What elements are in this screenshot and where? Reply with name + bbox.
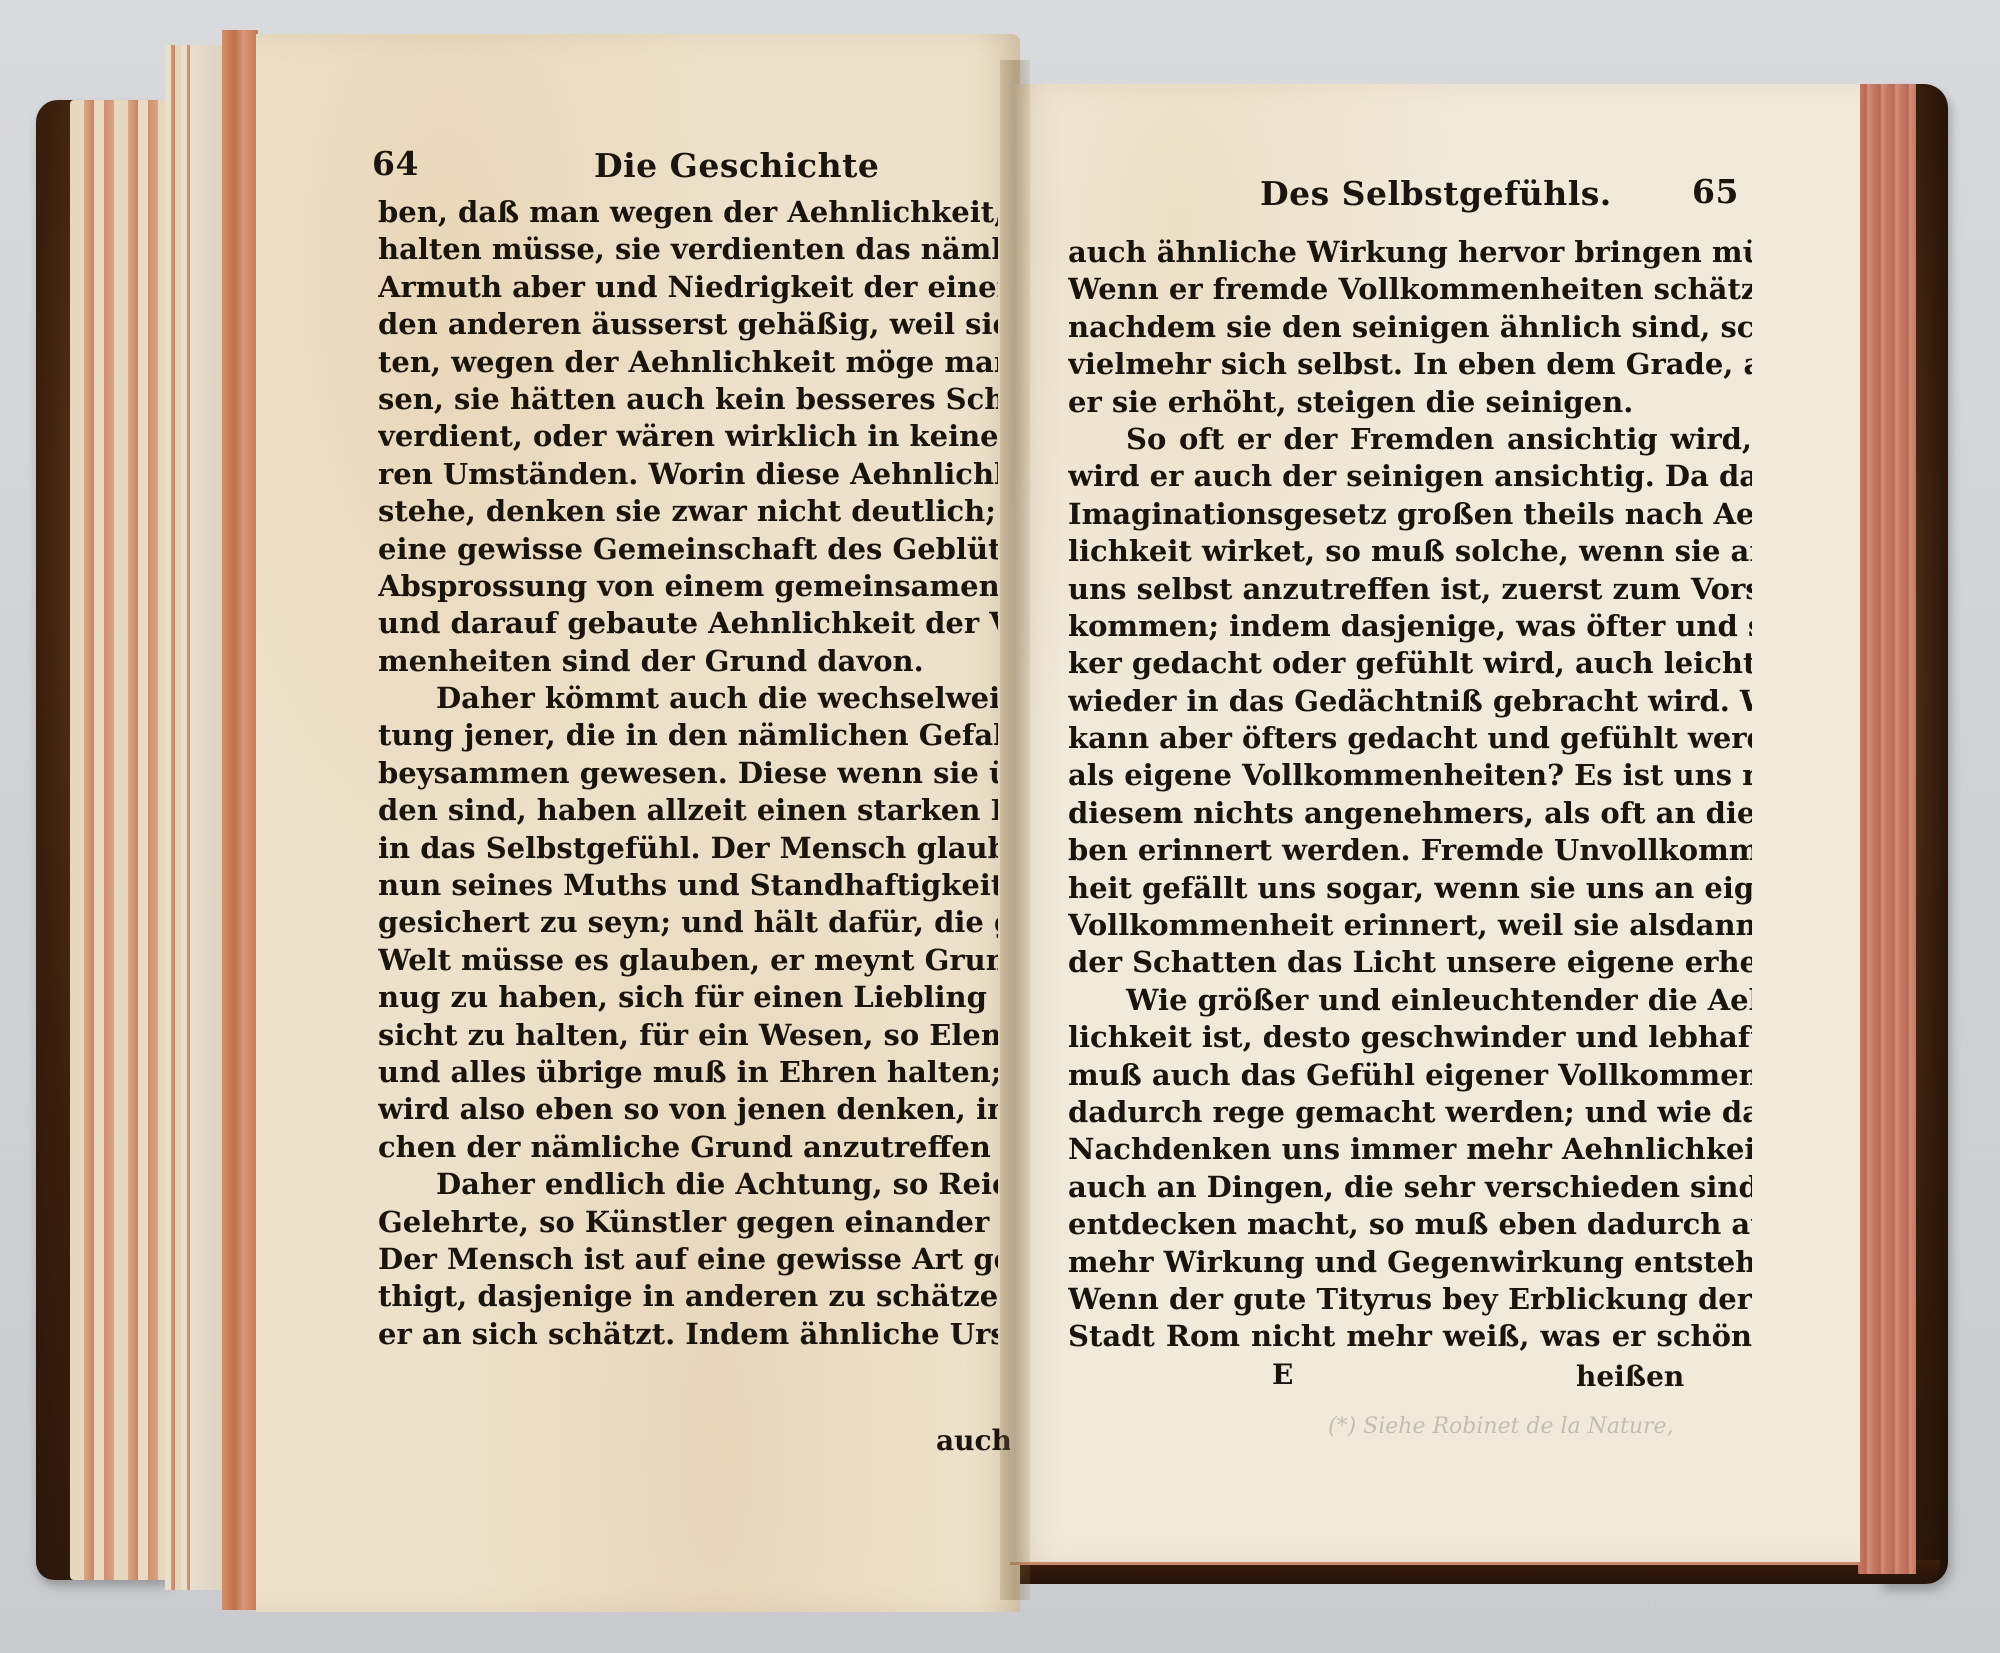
text-line: den sind, haben allzeit einen starken Ei…	[378, 792, 998, 829]
left-running-head: Die Geschichte	[594, 146, 879, 185]
text-line: und darauf gebaute Aehnlichkeit der Voll…	[378, 605, 998, 642]
text-line: tung jener, die in den nämlichen Gefahre…	[378, 717, 998, 754]
text-line: der Schatten das Licht unsere eigene erh…	[1068, 944, 1752, 981]
text-line: Daher endlich die Achtung, so Reiche, so	[378, 1166, 998, 1203]
text-line: Welt müsse es glauben, er meynt Grund ge…	[378, 942, 998, 979]
red-sprinkled-edge-left	[222, 30, 258, 1610]
text-line: ten, wegen der Aehnlichkeit möge man sch…	[378, 344, 998, 381]
text-line: er sie erhöht, steigen die seinigen.	[1068, 384, 1752, 421]
text-line: ben, daß man wegen der Aehnlichkeit, daf…	[378, 194, 998, 231]
text-line: halten müsse, sie verdienten das nämlich…	[378, 231, 998, 268]
text-line: Vollkommenheit erinnert, weil sie alsdan…	[1068, 907, 1752, 944]
text-line: Wenn der gute Tityrus bey Erblickung der	[1068, 1281, 1752, 1318]
text-line: Wie größer und einleuchtender die Aehn-	[1068, 982, 1752, 1019]
text-line: in das Selbstgefühl. Der Mensch glaubt	[378, 830, 998, 867]
red-sprinkled-edge-right	[1858, 84, 1916, 1574]
text-line: wieder in das Gedächtniß gebracht wird. …	[1068, 683, 1752, 720]
text-line: den anderen äusserst gehäßig, weil sie f…	[378, 306, 998, 343]
text-line: heit gefällt uns sogar, wenn sie uns an …	[1068, 870, 1752, 907]
right-page-number: 65	[1692, 172, 1739, 211]
text-line: kommen; indem dasjenige, was öfter und s…	[1068, 608, 1752, 645]
left-page-number: 64	[372, 144, 419, 183]
text-line: menheiten sind der Grund davon.	[378, 643, 998, 680]
text-line: diesem nichts angenehmers, als oft an di…	[1068, 795, 1752, 832]
text-line: und alles übrige muß in Ehren halten; er	[378, 1054, 998, 1091]
show-through-footnote: (*) Siehe Robinet de la Nature,	[1328, 1414, 1674, 1439]
book-gutter	[1000, 60, 1030, 1600]
text-line: thigt, dasjenige in anderen zu schätzen,…	[378, 1278, 998, 1315]
text-line: vielmehr sich selbst. In eben dem Grade,…	[1068, 346, 1752, 383]
text-line: lichkeit ist, desto geschwinder und lebh…	[1068, 1019, 1752, 1056]
text-line: ben erinnert werden. Fremde Unvollkommen…	[1068, 832, 1752, 869]
right-page-body: auch ähnliche Wirkung hervor bringen müs…	[1068, 234, 1752, 1356]
book-photo: 64 Die Geschichte ben, daß man wegen der…	[0, 0, 2000, 1653]
text-line: Gelehrte, so Künstler gegen einander hab…	[378, 1204, 998, 1241]
text-line: nug zu haben, sich für einen Liebling de…	[378, 979, 998, 1016]
text-line: eine gewisse Gemeinschaft des Geblüts, u…	[378, 531, 998, 568]
left-page: 64 Die Geschichte ben, daß man wegen der…	[256, 34, 1020, 1612]
text-line: chen der nämliche Grund anzutreffen ist.	[378, 1129, 998, 1166]
text-line: Wenn er fremde Vollkommenheiten schätzt,	[1068, 271, 1752, 308]
text-line: Daher kömmt auch die wechselweiße Ach-	[378, 680, 998, 717]
text-line: verdient, oder wären wirklich in keinen …	[378, 418, 998, 455]
text-line: nachdem sie den seinigen ähnlich sind, s…	[1068, 309, 1752, 346]
text-line: Armuth aber und Niedrigkeit der einen is…	[378, 269, 998, 306]
text-line: ren Umständen. Worin diese Aehnlichkeit …	[378, 456, 998, 493]
text-line: sicht zu halten, für ein Wesen, so Eleme…	[378, 1017, 998, 1054]
text-line: wird also eben so von jenen denken, in w…	[378, 1091, 998, 1128]
text-line: als eigene Vollkommenheiten? Es ist uns …	[1068, 757, 1752, 794]
text-line: Imaginationsgesetz großen theils nach Ae…	[1068, 496, 1752, 533]
text-line: nun seines Muths und Standhaftigkeit gen…	[378, 867, 998, 904]
text-line: Stadt Rom nicht mehr weiß, was er schön	[1068, 1318, 1752, 1355]
text-line: Nachdenken uns immer mehr Aehnlichkeiten	[1068, 1131, 1752, 1168]
text-line: lichkeit wirket, so muß solche, wenn sie…	[1068, 533, 1752, 570]
text-line: Absprossung von einem gemeinsamen Stamme…	[378, 568, 998, 605]
text-line: sen, sie hätten auch kein besseres Schic…	[378, 381, 998, 418]
text-line: beysammen gewesen. Diese wenn sie überst…	[378, 755, 998, 792]
text-line: dadurch rege gemacht werden; und wie das	[1068, 1094, 1752, 1131]
right-catchword: heißen	[1576, 1360, 1684, 1393]
text-line: stehe, denken sie zwar nicht deutlich; d…	[378, 493, 998, 530]
text-line: er an sich schätzt. Indem ähnliche Ursac…	[378, 1316, 998, 1353]
text-line: auch an Dingen, die sehr verschieden sin…	[1068, 1169, 1752, 1206]
text-line: auch ähnliche Wirkung hervor bringen müs…	[1068, 234, 1752, 271]
text-line: muß auch das Gefühl eigener Vollkommenhe…	[1068, 1057, 1752, 1094]
signature-mark: E	[1272, 1358, 1293, 1391]
text-line: entdecken macht, so muß eben dadurch auc…	[1068, 1206, 1752, 1243]
right-page: Des Selbstgefühls. 65 auch ähnliche Wirk…	[1010, 84, 1860, 1565]
text-line: mehr Wirkung und Gegenwirkung entstehen.	[1068, 1244, 1752, 1281]
text-line: uns selbst anzutreffen ist, zuerst zum V…	[1068, 571, 1752, 608]
text-line: So oft er der Fremden ansichtig wird,	[1068, 421, 1752, 458]
right-running-head: Des Selbstgefühls.	[1260, 174, 1612, 213]
text-line: wird er auch der seinigen ansichtig. Da …	[1068, 458, 1752, 495]
text-line: Der Mensch ist auf eine gewisse Art genö…	[378, 1241, 998, 1278]
page-edges-inner-block	[190, 45, 224, 1590]
text-line: gesichert zu seyn; und hält dafür, die g…	[378, 904, 998, 941]
left-page-body: ben, daß man wegen der Aehnlichkeit, daf…	[378, 194, 998, 1353]
text-line: kann aber öfters gedacht und gefühlt wer…	[1068, 720, 1752, 757]
text-line: ker gedacht oder gefühlt wird, auch leic…	[1068, 645, 1752, 682]
